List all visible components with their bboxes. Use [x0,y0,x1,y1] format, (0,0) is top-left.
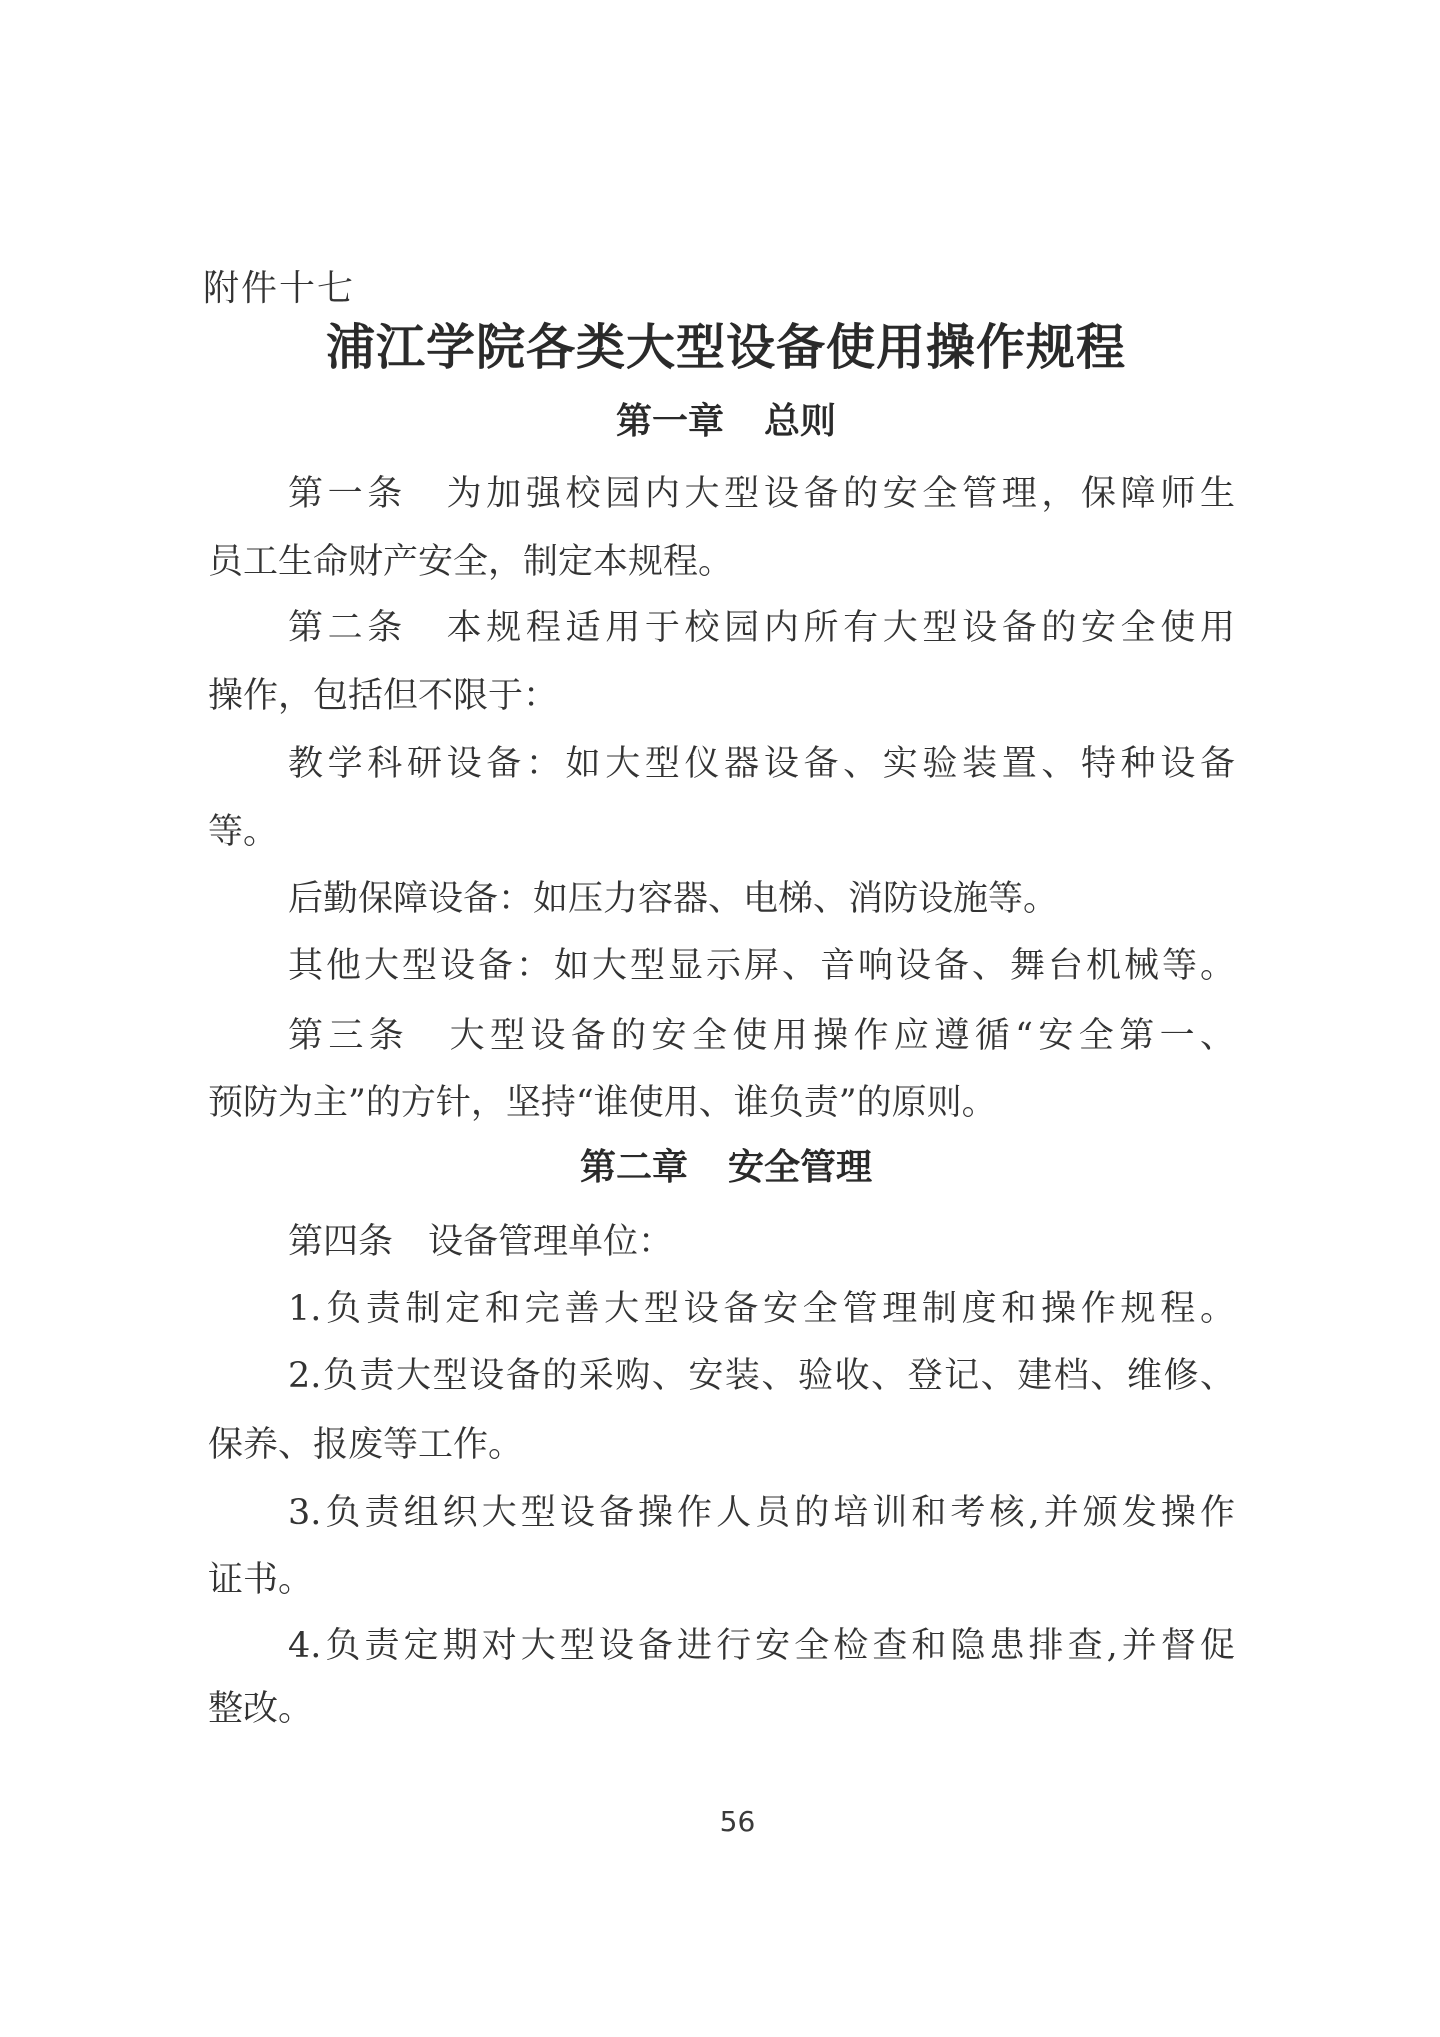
article-3-line-1: 第三条 大型设备的安全使用操作应遵循“安全第一、 [208,1016,1235,1056]
document-title: 浦江学院各类大型设备使用操作规程 [0,320,1440,374]
article-4-item-3-line-1: 3.负责组织大型设备操作人员的培训和考核,并颁发操作 [208,1493,1235,1533]
chapter-2-title: 安全管理 [728,1147,872,1188]
article-4-item-2-line-2: 保养、报废等工作。 [208,1425,1235,1465]
article-2-line-1: 第二条 本规程适用于校园内所有大型设备的安全使用 [208,608,1235,648]
page-number: 56 [0,1805,1440,1839]
article-4-item-1: 1.负责制定和完善大型设备安全管理制度和操作规程。 [208,1289,1235,1329]
list-item-logistics-equipment: 后勤保障设备：如压力容器、电梯、消防设施等。 [208,879,1235,919]
list-item-teaching-equipment-line-1: 教学科研设备：如大型仪器设备、实验装置、特种设备 [208,744,1235,784]
article-4-item-2-line-1: 2.负责大型设备的采购、安装、验收、登记、建档、维修、 [208,1356,1235,1396]
article-4-item-4-line-1: 4.负责定期对大型设备进行安全检查和隐患排查,并督促 [208,1626,1235,1666]
article-4-item-3-line-2: 证书。 [208,1560,1235,1600]
article-2-line-2: 操作，包括但不限于： [208,676,1235,716]
annex-label: 附件十七 [203,268,355,310]
article-1-line-2: 员工生命财产安全，制定本规程。 [208,542,1235,582]
chapter-1-number: 第一章 [616,401,724,442]
article-1-line-1: 第一条 为加强校园内大型设备的安全管理，保障师生 [208,474,1235,514]
article-3-line-2: 预防为主”的方针，坚持“谁使用、谁负责”的原则。 [208,1083,1235,1123]
list-item-other-equipment: 其他大型设备：如大型显示屏、音响设备、舞台机械等。 [208,946,1235,986]
chapter-2-heading: 第二章安全管理 [0,1148,1440,1188]
chapter-1-heading: 第一章总则 [0,402,1440,442]
chapter-2-number: 第二章 [580,1147,688,1188]
article-4-heading: 第四条 设备管理单位： [208,1222,1235,1262]
list-item-teaching-equipment-line-2: 等。 [208,812,1235,852]
chapter-1-title: 总则 [764,401,836,442]
document-page: 附件十七 浦江学院各类大型设备使用操作规程 第一章总则 第一条 为加强校园内大型… [0,0,1440,2037]
article-4-item-4-line-2: 整改。 [208,1689,1235,1729]
